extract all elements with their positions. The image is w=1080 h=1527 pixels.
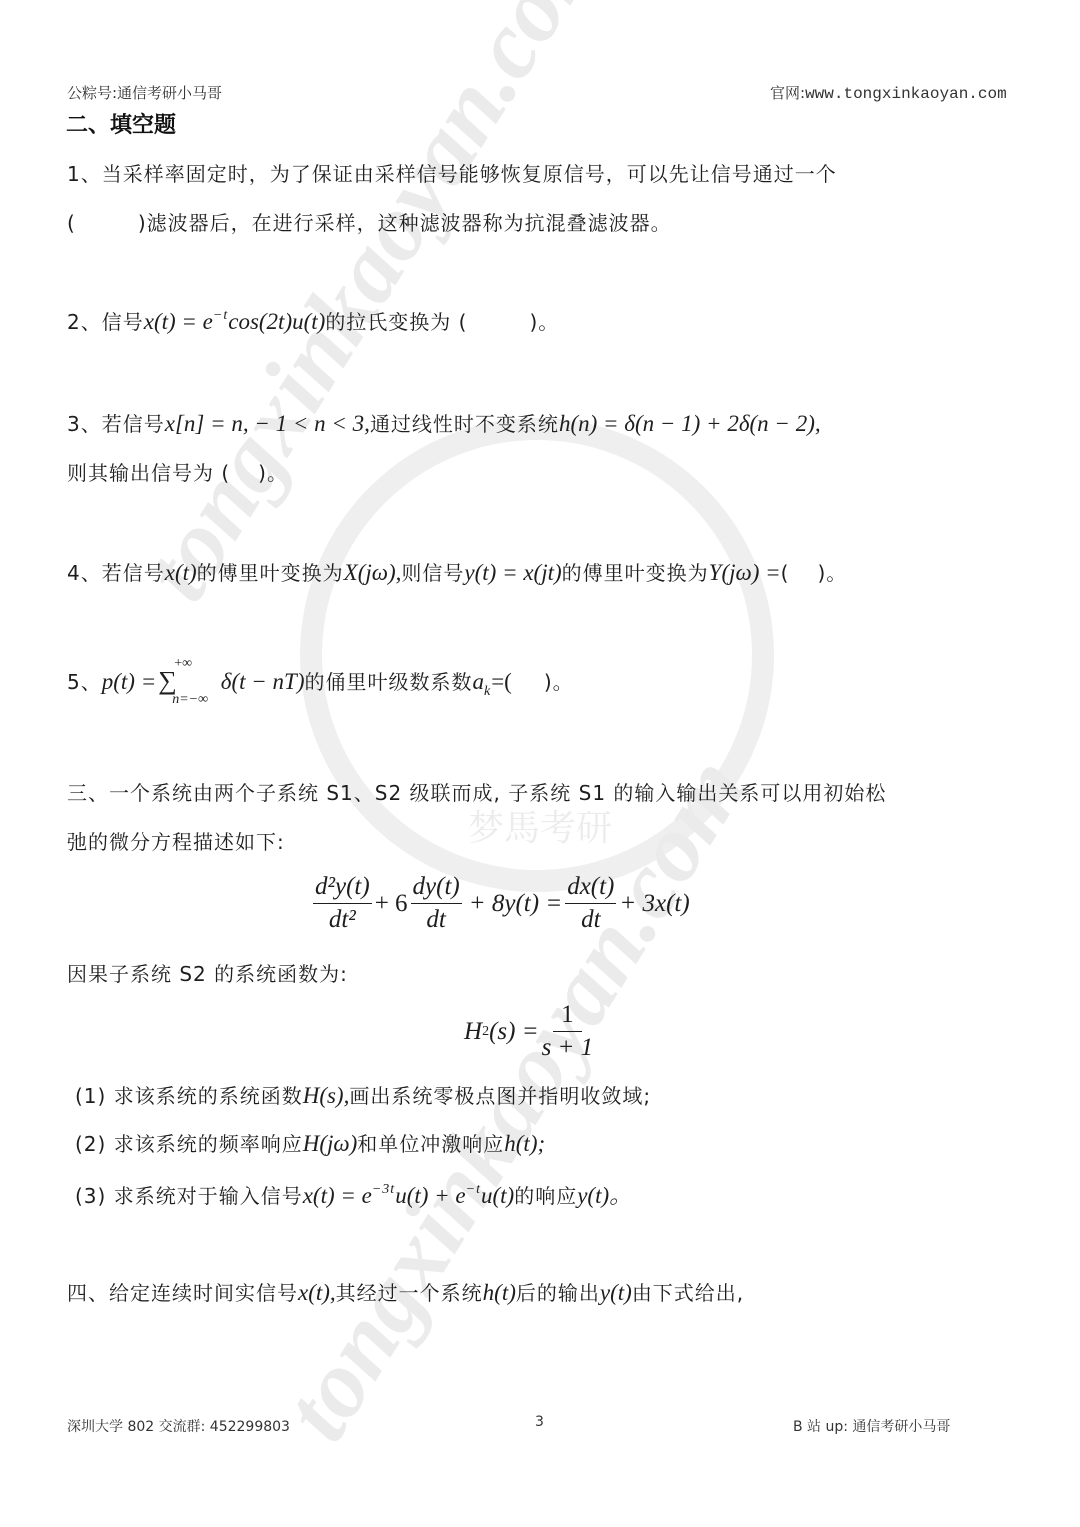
q2-prefix: 2、信号 [67, 310, 144, 334]
part-2-math: H(jω) [303, 1131, 358, 1156]
fraction-d2y: d²y(t)dt² [313, 872, 372, 935]
q4-mid2: 则信号 [401, 561, 464, 585]
q2-math-rhs: cos(2t)u(t) [228, 309, 325, 334]
blank-open: ( [67, 211, 76, 235]
sum-lower-limit: n=−∞ [172, 692, 208, 708]
part-1-text: 求该系统的系统函数 [114, 1084, 303, 1108]
part-3-label: (3) [75, 1184, 106, 1208]
s4-math-y: y(t) [600, 1280, 632, 1305]
part-1-label: (1) [75, 1084, 106, 1108]
q2-math-lhs: x(t) = e [144, 309, 213, 334]
part-3: (3) 求系统对于输入信号x(t) = e−3tu(t) + e−tu(t)的响… [75, 1177, 632, 1210]
q5-mid: 的俑里叶级数系数 [304, 670, 472, 694]
fraction-h2: 1s + 1 [542, 1000, 594, 1063]
s4-suffix: 由下式给出, [632, 1281, 744, 1305]
header-right-label: 官网: [770, 84, 805, 102]
part-2: (2) 求该系统的频率响应H(jω)和单位冲激响应h(t); [75, 1128, 545, 1157]
question-4: 4、若信号x(t)的傅里叶变换为X(jω),则信号y(t) = x(jt)的傅里… [67, 557, 847, 586]
h2-lhs-rest: (s) = [489, 1018, 539, 1046]
part-3-mid: 的响应 [514, 1184, 577, 1208]
s4-math-x: x(t), [298, 1280, 336, 1305]
q4-math-Y: Y(jω) = [709, 560, 781, 585]
q5-eq: =( [491, 669, 512, 694]
part-3-math2: y(t)。 [577, 1183, 632, 1208]
h2-subscript: 2 [482, 1024, 489, 1040]
page-number: 3 [535, 1414, 544, 1430]
q3-prefix: 3、若信号 [67, 412, 165, 436]
q5-math-a: a [472, 669, 484, 694]
question-3-line-2: 则其输出信号为 ()。 [67, 457, 288, 486]
q4-prefix: 4、若信号 [67, 561, 165, 585]
question-5: 5、p(t) =∑+∞n=−∞δ(t − nT)的俑里叶级数系数ak=()。 [67, 666, 574, 700]
q4-mid1: 的傅里叶变换为 [197, 561, 344, 585]
term-plus3: + 3x(t) [619, 890, 689, 918]
part-3-text: 求系统对于输入信号 [114, 1184, 303, 1208]
h2-lhs: H [464, 1018, 482, 1046]
q4-open: ( [781, 561, 790, 585]
part-3-exp2: −t [466, 1182, 481, 1197]
q5-prefix: 5、 [67, 670, 102, 694]
question-2: 2、信号x(t) = e−tcos(2t)u(t)的拉氏变换为 ()。 [67, 306, 559, 335]
part-3-math-a: x(t) = e [303, 1183, 372, 1208]
part-3-exp1: −3t [372, 1182, 395, 1197]
q5-math-p: p(t) = [102, 669, 156, 694]
q3-math-h: h(n) = δ(n − 1) + 2δ(n − 2), [559, 411, 821, 436]
part-1-rest: 画出系统零极点图并指明收敛域; [349, 1084, 651, 1108]
q4-math-x: x(t) [165, 560, 197, 585]
part-2-mid: 和单位冲激响应 [357, 1132, 504, 1156]
term-plus8: + 8y(t) = [469, 890, 562, 918]
section-title-fill-in: 二、填空题 [66, 108, 176, 139]
q5-math-delta: δ(t − nT) [221, 669, 305, 694]
q3-close: )。 [258, 461, 288, 485]
q2-suffix: 的拉氏变换为 ( [325, 310, 467, 334]
s4-mid1: 其经过一个系统 [336, 1281, 483, 1305]
summation-symbol: ∑+∞n=−∞ [158, 666, 177, 696]
fraction-dy: dy(t)dt [411, 872, 462, 935]
sum-upper-limit: +∞ [174, 656, 192, 672]
s4-prefix: 四、给定连续时间实信号 [67, 1281, 298, 1305]
section-3-line-1: 三、一个系统由两个子系统 S1、S2 级联而成, 子系统 S1 的输入输出关系可… [67, 777, 886, 806]
part-1: (1) 求该系统的系统函数H(s),画出系统零极点图并指明收敛域; [75, 1080, 651, 1109]
s4-mid2: 后的输出 [516, 1281, 600, 1305]
q5-close: )。 [544, 670, 574, 694]
footer-left: 深圳大学 802 交流群: 452299803 [67, 1416, 290, 1436]
footer-right: B 站 up: 通信考研小马哥 [793, 1416, 950, 1436]
q2-exponent: −t [213, 308, 228, 323]
term-plus6: + 6 [375, 890, 408, 918]
question-1-line-2: ()滤波器后，在进行采样，这种滤波器称为抗混叠滤波器。 [67, 207, 672, 236]
q3-mid: 通过线性时不变系统 [370, 412, 559, 436]
s4-math-h: h(t) [483, 1280, 516, 1305]
q4-mid3: 的傅里叶变换为 [562, 561, 709, 585]
q4-math-y: y(t) = x(jt) [464, 560, 561, 585]
s2-intro: 因果子系统 S2 的系统函数为: [67, 958, 348, 987]
website-link[interactable]: www.tongxinkaoyan.com [805, 85, 1007, 103]
header-right: 官网:www.tongxinkaoyan.com [770, 82, 1007, 103]
section-4-line-1: 四、给定连续时间实信号x(t),其经过一个系统h(t)后的输出y(t)由下式给出… [67, 1277, 744, 1306]
question-3-line-1: 3、若信号x[n] = n, − 1 < n < 3,通过线性时不变系统h(n)… [67, 408, 821, 437]
q3-math-x: x[n] = n, − 1 < n < 3, [165, 411, 370, 436]
q4-math-X: X(jω), [344, 560, 402, 585]
question-1-line-1: 1、当采样率固定时，为了保证由采样信号能够恢复原信号，可以先让信号通过一个 [67, 158, 837, 187]
part-1-math: H(s), [303, 1083, 350, 1108]
q3-line2: 则其输出信号为 ( [67, 461, 230, 485]
part-3-math-b: u(t) + e [395, 1183, 465, 1208]
q4-close: )。 [817, 561, 847, 585]
part-2-text: 求该系统的频率响应 [114, 1132, 303, 1156]
part-2-label: (2) [75, 1132, 106, 1156]
question-1-text: )滤波器后，在进行采样，这种滤波器称为抗混叠滤波器。 [138, 211, 672, 235]
section-3-line-2: 弛的微分方程描述如下: [67, 826, 285, 855]
fraction-dx: dx(t)dt [565, 872, 616, 935]
part-3-math-c: u(t) [481, 1183, 514, 1208]
header-left: 公粽号:通信考研小马哥 [67, 82, 222, 103]
h2-transfer-function: H2(s) = 1s + 1 [464, 1000, 596, 1063]
q2-close: )。 [529, 310, 559, 334]
seal-center-text: 梦馬考研 [468, 800, 612, 851]
part-2-math2: h(t); [504, 1131, 545, 1156]
differential-equation: d²y(t)dt² + 6 dy(t)dt + 8y(t) = dx(t)dt … [310, 872, 690, 935]
